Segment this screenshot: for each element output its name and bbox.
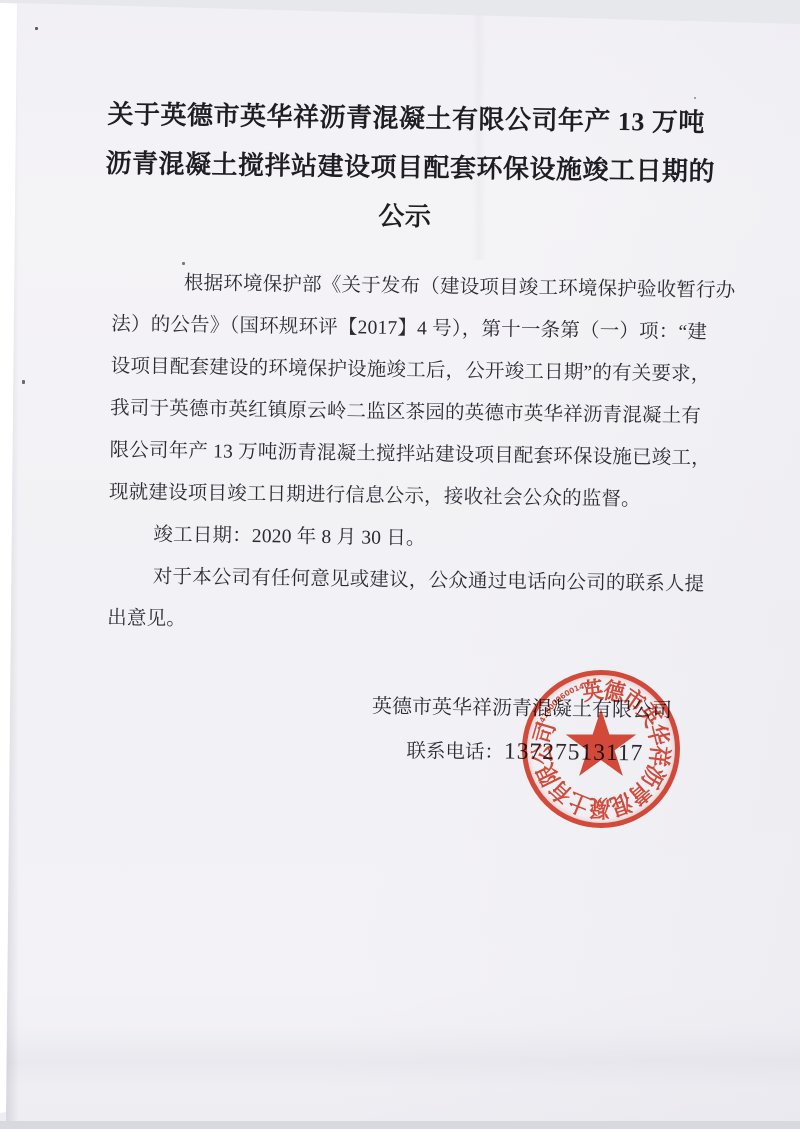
- signature-company-name: 英德市英华祥沥青混凝土有限公司: [196, 687, 672, 723]
- phone-label: 联系电话：: [406, 741, 504, 763]
- body-line: 对于本公司有任何意见或建议，公众通过电话向公司的联系人提: [107, 556, 708, 606]
- title-line-3: 公示: [105, 188, 706, 245]
- document-content: 关于英德市英华祥沥青混凝土有限公司年产 13 万吨 沥青混凝土搅拌站建设项目配套…: [0, 0, 800, 1127]
- phone-number: 13727513117: [504, 738, 644, 766]
- body-line: 出意见。: [107, 598, 708, 648]
- scanned-page: 关于英德市英华祥沥青混凝土有限公司年产 13 万吨 沥青混凝土搅拌站建设项目配套…: [0, 0, 800, 1121]
- title-line-1: 关于英德市英华祥沥青混凝土有限公司年产 13 万吨: [106, 90, 707, 147]
- document-body: 根据环境保护部《关于发布（建设项目竣工环境保护验收暂行办 法）的公告》（国环规环…: [107, 262, 712, 648]
- scanner-background-bottom: [0, 1121, 800, 1129]
- title-line-2: 沥青混凝土搅拌站建设项目配套环保设施竣工日期的: [105, 139, 706, 196]
- document-title: 关于英德市英华祥沥青混凝土有限公司年产 13 万吨 沥青混凝土搅拌站建设项目配套…: [105, 90, 707, 245]
- signature-phone-line: 联系电话：13727513117: [195, 732, 643, 767]
